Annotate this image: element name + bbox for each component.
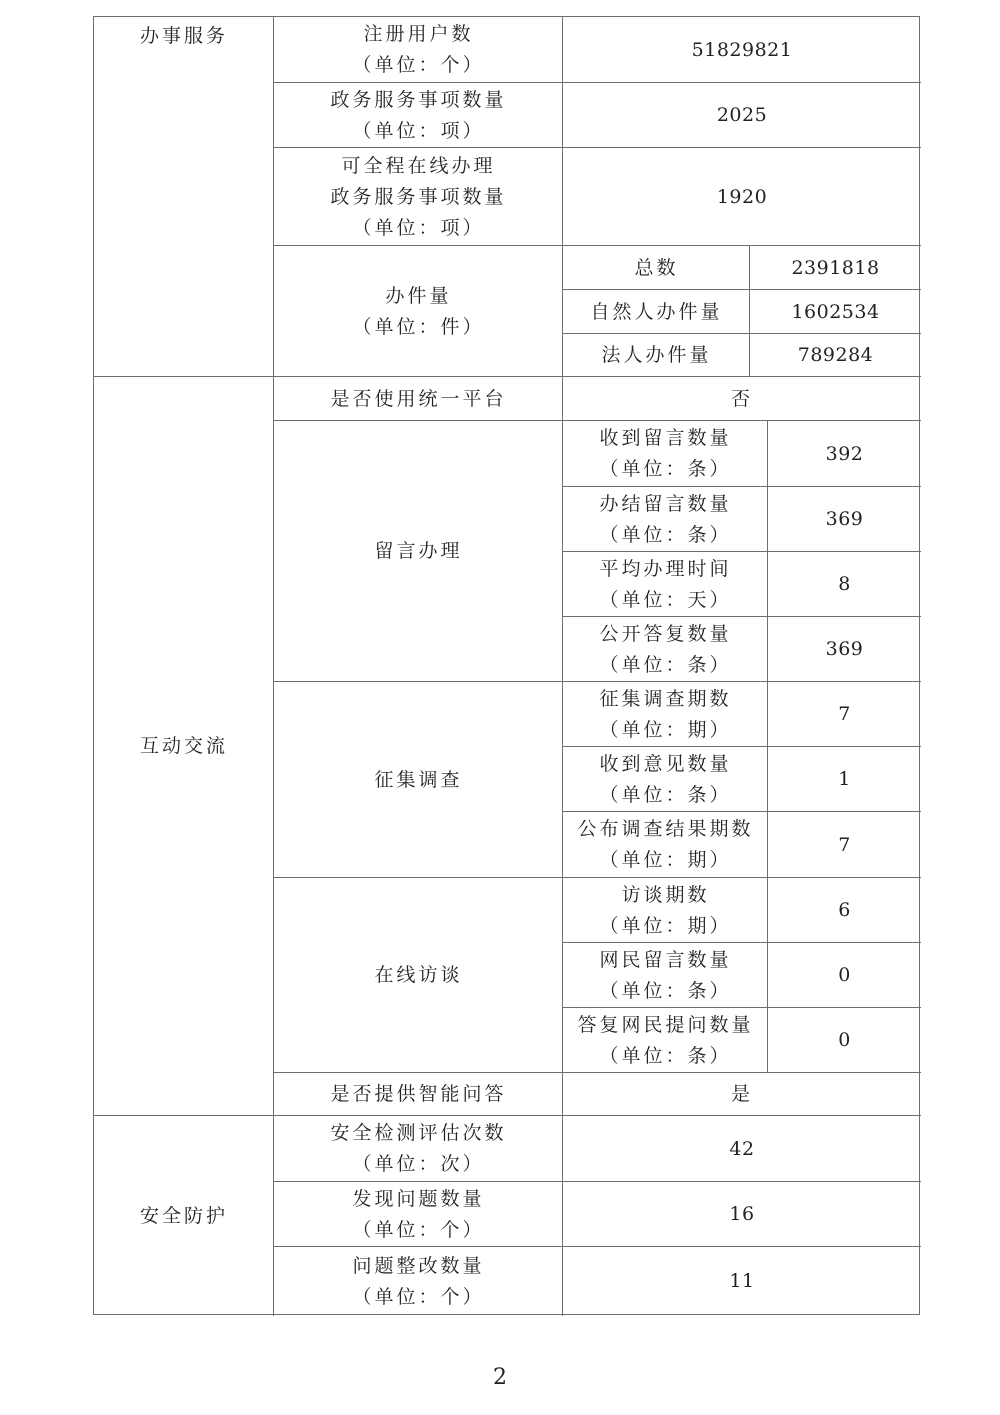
unit-text: （单位：个） [352,1215,484,1246]
grid-line [274,420,921,421]
interview-group-label: 在线访谈 [274,878,563,1073]
label-text: 注册用户数 [363,19,473,50]
survey-group-label: 征集调查 [274,682,563,878]
cases-total-label: 总数 [563,246,750,290]
label-text: 征集调查期数 [599,684,731,715]
security-checks-value: 42 [563,1116,921,1182]
online-items-value: 1920 [563,148,921,246]
public-replies-label: 公开答复数量 （单位：条） [563,617,768,682]
label-text: 访谈期数 [621,880,709,911]
cases-label: 办件量 （单位：件） [274,246,563,377]
unified-platform-label: 是否使用统一平台 [274,377,563,421]
unit-text: （单位：条） [599,1041,731,1072]
page-number: 2 [0,1365,1000,1390]
unit-text: （单位：次） [352,1149,484,1180]
grid-line [749,246,750,377]
survey-results-label: 公布调查结果期数 （单位：期） [563,812,768,878]
grid-line [274,82,921,83]
survey-periods-value: 7 [768,682,921,747]
issues-found-value: 16 [563,1182,921,1247]
unit-text: （单位：件） [352,312,484,343]
grid-line [274,1246,921,1247]
grid-line [563,1007,921,1008]
interview-periods-value: 6 [768,878,921,943]
grid-line [274,681,921,682]
online-items-label: 可全程在线办理 政务服务事项数量 （单位：项） [274,148,563,246]
unit-text: （单位：期） [599,715,731,746]
label-text: 网民留言数量 [599,945,731,976]
netizen-replies-label: 答复网民提问数量 （单位：条） [563,1008,768,1073]
unit-text: （单位：条） [599,650,731,681]
grid-line [274,877,921,878]
category-security: 安全防护 [94,1116,274,1316]
label-text: 收到留言数量 [599,423,731,454]
unit-text: （单位：天） [599,585,731,616]
opinions-received-value: 1 [768,747,921,812]
cases-legal-value: 789284 [750,334,921,377]
messages-closed-label: 办结留言数量 （单位：条） [563,487,768,552]
category-label: 互动交流 [140,731,228,762]
survey-results-value: 7 [768,812,921,878]
unit-text: （单位：个） [352,50,484,81]
opinions-received-label: 收到意见数量 （单位：条） [563,747,768,812]
unit-text: （单位：项） [352,213,484,244]
label-text: 可全程在线办理 [341,151,495,182]
messages-closed-value: 369 [768,487,921,552]
label-text: 政务服务事项数量 [330,85,506,116]
label-text: 发现问题数量 [352,1184,484,1215]
statistics-table: 办事服务 注册用户数 （单位：个） 51829821 政务服务事项数量 （单位：… [93,16,920,1315]
label-text: 安全检测评估次数 [330,1118,506,1149]
smart-qa-value: 是 [563,1073,921,1116]
grid-line [563,616,921,617]
label-text: 政务服务事项数量 [330,182,506,213]
netizen-messages-label: 网民留言数量 （单位：条） [563,943,768,1008]
cases-natural-value: 1602534 [750,290,921,334]
security-checks-label: 安全检测评估次数 （单位：次） [274,1116,563,1182]
issues-fixed-value: 11 [563,1247,921,1316]
label-text: 问题整改数量 [352,1251,484,1282]
cases-natural-label: 自然人办件量 [563,290,750,334]
cases-total-value: 2391818 [750,246,921,290]
unit-text: （单位：条） [599,976,731,1007]
category-service: 办事服务 [94,17,274,377]
grid-line [563,289,921,290]
unit-text: （单位：期） [599,911,731,942]
avg-time-label: 平均办理时间 （单位：天） [563,552,768,617]
grid-line [563,551,921,552]
label-text: 公布调查结果期数 [577,814,753,845]
smart-qa-label: 是否提供智能问答 [274,1073,563,1116]
grid-line [274,245,921,246]
category-interaction: 互动交流 [94,377,274,1116]
label-text: 答复网民提问数量 [577,1010,753,1041]
netizen-messages-value: 0 [768,943,921,1008]
messages-received-label: 收到留言数量 （单位：条） [563,421,768,487]
label-text: 平均办理时间 [599,554,731,585]
service-items-label: 政务服务事项数量 （单位：项） [274,83,563,148]
registered-users-label: 注册用户数 （单位：个） [274,17,563,83]
cases-legal-label: 法人办件量 [563,334,750,377]
grid-line [767,421,768,1073]
survey-periods-label: 征集调查期数 （单位：期） [563,682,768,747]
label-text: 收到意见数量 [599,749,731,780]
interview-periods-label: 访谈期数 （单位：期） [563,878,768,943]
messages-received-value: 392 [768,421,921,487]
label-text: 办结留言数量 [599,489,731,520]
grid-line [274,1072,921,1073]
unit-text: （单位：个） [352,1282,484,1313]
unified-platform-value: 否 [563,377,921,421]
label-text: 公开答复数量 [599,619,731,650]
unit-text: （单位：项） [352,116,484,147]
registered-users-value: 51829821 [563,17,921,83]
issues-fixed-label: 问题整改数量 （单位：个） [274,1247,563,1316]
grid-line [274,1181,921,1182]
service-items-value: 2025 [563,83,921,148]
unit-text: （单位：条） [599,780,731,811]
grid-line [94,376,921,377]
grid-line [563,942,921,943]
messages-group-label: 留言办理 [274,421,563,682]
grid-line [94,1115,921,1116]
grid-line [562,17,563,1316]
public-replies-value: 369 [768,617,921,682]
label-text: 办件量 [385,281,451,312]
unit-text: （单位：条） [599,520,731,551]
unit-text: （单位：条） [599,454,731,485]
unit-text: （单位：期） [599,845,731,876]
category-label: 安全防护 [140,1201,228,1232]
grid-line [563,333,921,334]
grid-line [563,486,921,487]
grid-line [563,811,921,812]
avg-time-value: 8 [768,552,921,617]
grid-line [273,17,274,1316]
netizen-replies-value: 0 [768,1008,921,1073]
category-label: 办事服务 [140,21,228,52]
grid-line [274,147,921,148]
grid-line [563,746,921,747]
issues-found-label: 发现问题数量 （单位：个） [274,1182,563,1247]
